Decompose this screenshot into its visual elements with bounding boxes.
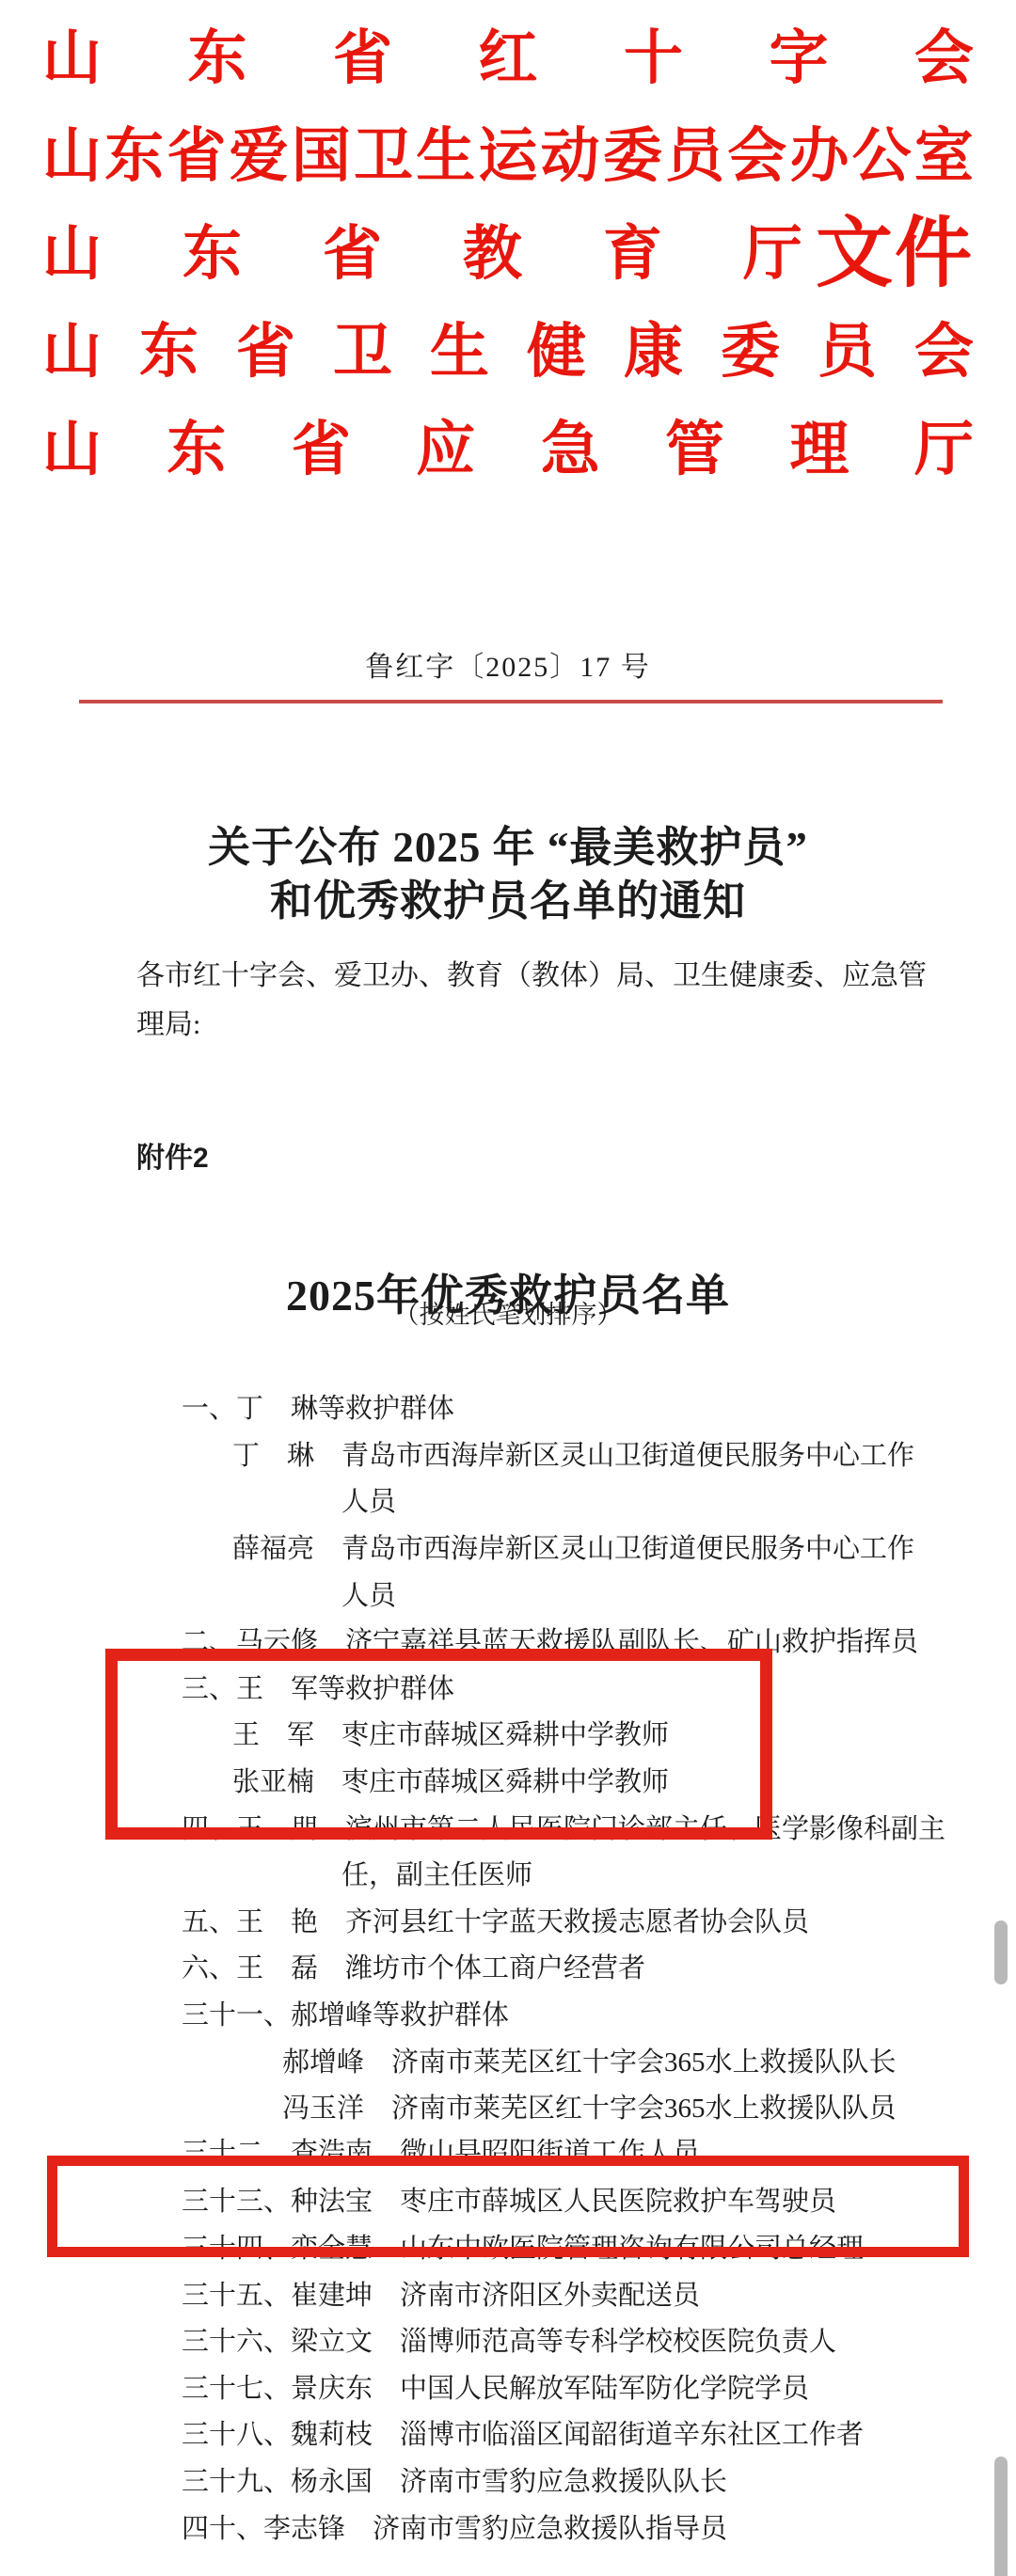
roster-line: 三十八、魏莉枝 淄博市临淄区闻韶街道辛东社区工作者	[0, 2410, 1016, 2457]
roster-line-text: 三十四、栾全慧 山东中欧医院管理咨询有限公司总经理	[182, 2227, 864, 2266]
roster-line-text: 薛福亮 青岛市西海岸新区灵山卫街道便民服务中心工作	[232, 1527, 914, 1566]
roster-line-text: 五、王 艳 齐河县红十字蓝天救援志愿者协会队员	[182, 1901, 809, 1939]
recipients-paragraph: 各市红十字会、爱卫办、教育（教体）局、卫生健康委、应急管 理局:	[136, 952, 945, 1050]
roster-line: 三十一、郝增峰等救护群体	[0, 1990, 1016, 2037]
issuer-line-3-wenjian: 文件	[816, 215, 974, 292]
roster-line-text: 三、王 军等救护群体	[182, 1667, 454, 1706]
roster-line: 三十九、杨永国 济南市雪豹应急救援队队长	[0, 2457, 1016, 2504]
annex-label: 附件2	[136, 1134, 209, 1176]
issuer-line-3: 山东省教育厅 文件	[42, 205, 974, 303]
roster-sort-note: （按姓氏笔划排序）	[0, 1294, 1016, 1331]
issuer-line-3-name: 山东省教育厅	[42, 225, 802, 284]
roster-line-text: 郝增峰 济南市莱芜区红十字会365水上救援队队长	[282, 2041, 897, 2079]
roster-line-text: 王 军 枣庄市薛城区舜耕中学教师	[232, 1714, 669, 1752]
issuer-line-2: 山东省爱国卫生运动委员会办公室	[42, 107, 974, 205]
document-page: 山东省红十字会 山东省爱国卫生运动委员会办公室 山东省教育厅 文件 山东省卫生健…	[0, 0, 1016, 2576]
roster-line-text: 三十九、杨永国 济南市雪豹应急救援队队长	[182, 2460, 727, 2499]
roster-line: 三十三、种法宝 枣庄市薛城区人民医院救护车驾驶员	[0, 2176, 1016, 2223]
roster-line: 三十五、崔建坤 济南市济阳区外卖配送员	[0, 2269, 1016, 2316]
roster-line: 人员	[0, 1570, 1016, 1617]
roster-line-text: 丁 琳 青岛市西海岸新区灵山卫街道便民服务中心工作	[232, 1434, 914, 1473]
roster-line: 四、王 朋 滨州市第二人民医院门诊部主任、医学影像科副主	[0, 1803, 1016, 1850]
issuer-line-5: 山东省应急管理厅	[42, 401, 974, 498]
roster-line: 三十七、景庆东 中国人民解放军陆军防化学院学员	[0, 2363, 1016, 2410]
roster-line-text: 冯玉洋 济南市莱芜区红十字会365水上救援队队员	[282, 2087, 897, 2126]
roster-list: 一、丁 琳等救护群体丁 琳 青岛市西海岸新区灵山卫街道便民服务中心工作人员薛福亮…	[0, 1383, 1016, 2550]
roster-line: 郝增峰 济南市莱芜区红十字会365水上救援队队长	[0, 2036, 1016, 2083]
roster-line: 三十二、查浩南 微山县昭阳街道工作人员	[0, 2130, 1016, 2177]
roster-line-text: 四十、李志锋 济南市雪豹应急救援队指导员	[182, 2507, 727, 2546]
document-title-line-1: 关于公布 2025 年 “最美救护员”	[0, 821, 1016, 875]
roster-line-text: 人员	[341, 1574, 396, 1613]
scrollbar-thumb-lower[interactable]	[994, 2457, 1008, 2576]
roster-line-text: 三十一、郝增峰等救护群体	[182, 1994, 509, 2032]
roster-line: 四十、李志锋 济南市雪豹应急救援队指导员	[0, 2503, 1016, 2550]
issuer-line-4: 山东省卫生健康委员会	[42, 303, 974, 401]
roster-line-text: 一、丁 琳等救护群体	[182, 1387, 454, 1426]
roster-line-text: 三十六、梁立文 淄博师范高等专科学校校医院负责人	[182, 2320, 836, 2359]
roster-line-text: 三十七、景庆东 中国人民解放军陆军防化学院学员	[182, 2367, 809, 2406]
roster-line: 三十六、梁立文 淄博师范高等专科学校校医院负责人	[0, 2316, 1016, 2363]
roster-line-text: 任，副主任医师	[341, 1854, 532, 1892]
document-number: 鲁红字〔2025〕17 号	[0, 643, 1016, 685]
letterhead: 山东省红十字会 山东省爱国卫生运动委员会办公室 山东省教育厅 文件 山东省卫生健…	[42, 9, 974, 498]
document-title-line-2: 和优秀救护员名单的通知	[0, 875, 1016, 928]
roster-line: 王 军 枣庄市薛城区舜耕中学教师	[0, 1710, 1016, 1757]
roster-line-text: 张亚楠 枣庄市薛城区舜耕中学教师	[232, 1761, 669, 1799]
roster-line: 一、丁 琳等救护群体	[0, 1383, 1016, 1430]
roster-line-text: 人员	[341, 1480, 396, 1519]
issuer-line-1: 山东省红十字会	[42, 9, 974, 107]
roster-line-text: 三十三、种法宝 枣庄市薛城区人民医院救护车驾驶员	[182, 2180, 836, 2219]
red-divider-line	[79, 700, 943, 703]
roster-line: 冯玉洋 济南市莱芜区红十字会365水上救援队队员	[0, 2083, 1016, 2130]
recipients-line-1: 各市红十字会、爱卫办、教育（教体）局、卫生健康委、应急管	[136, 952, 945, 1001]
document-title: 关于公布 2025 年 “最美救护员” 和优秀救护员名单的通知	[0, 821, 1016, 928]
roster-line: 薛福亮 青岛市西海岸新区灵山卫街道便民服务中心工作	[0, 1524, 1016, 1571]
roster-line-text: 三十二、查浩南 微山县昭阳街道工作人员	[182, 2130, 700, 2165]
recipients-line-2: 理局:	[136, 1001, 945, 1050]
scrollbar-thumb-upper[interactable]	[994, 1920, 1008, 1984]
roster-line: 三十四、栾全慧 山东中欧医院管理咨询有限公司总经理	[0, 2223, 1016, 2270]
roster-line: 二、马云修 济宁嘉祥县蓝天救援队副队长、矿山救护指挥员	[0, 1617, 1016, 1664]
roster-line: 五、王 艳 齐河县红十字蓝天救援志愿者协会队员	[0, 1897, 1016, 1944]
roster-line: 人员	[0, 1477, 1016, 1524]
roster-line: 丁 琳 青岛市西海岸新区灵山卫街道便民服务中心工作	[0, 1430, 1016, 1478]
roster-line-text: 三十五、崔建坤 济南市济阳区外卖配送员	[182, 2274, 700, 2313]
roster-line: 张亚楠 枣庄市薛城区舜耕中学教师	[0, 1757, 1016, 1804]
roster-line-text: 四、王 朋 滨州市第二人民医院门诊部主任、医学影像科副主	[182, 1808, 945, 1846]
roster-line: 三、王 军等救护群体	[0, 1664, 1016, 1711]
roster-line: 六、王 磊 潍坊市个体工商户经营者	[0, 1943, 1016, 1990]
roster-line-text: 六、王 磊 潍坊市个体工商户经营者	[182, 1947, 645, 1985]
roster-line: 任，副主任医师	[0, 1850, 1016, 1897]
roster-line-text: 二、马云修 济宁嘉祥县蓝天救援队副队长、矿山救护指挥员	[182, 1620, 918, 1659]
roster-line-text: 三十八、魏莉枝 淄博市临淄区闻韶街道辛东社区工作者	[182, 2413, 864, 2452]
